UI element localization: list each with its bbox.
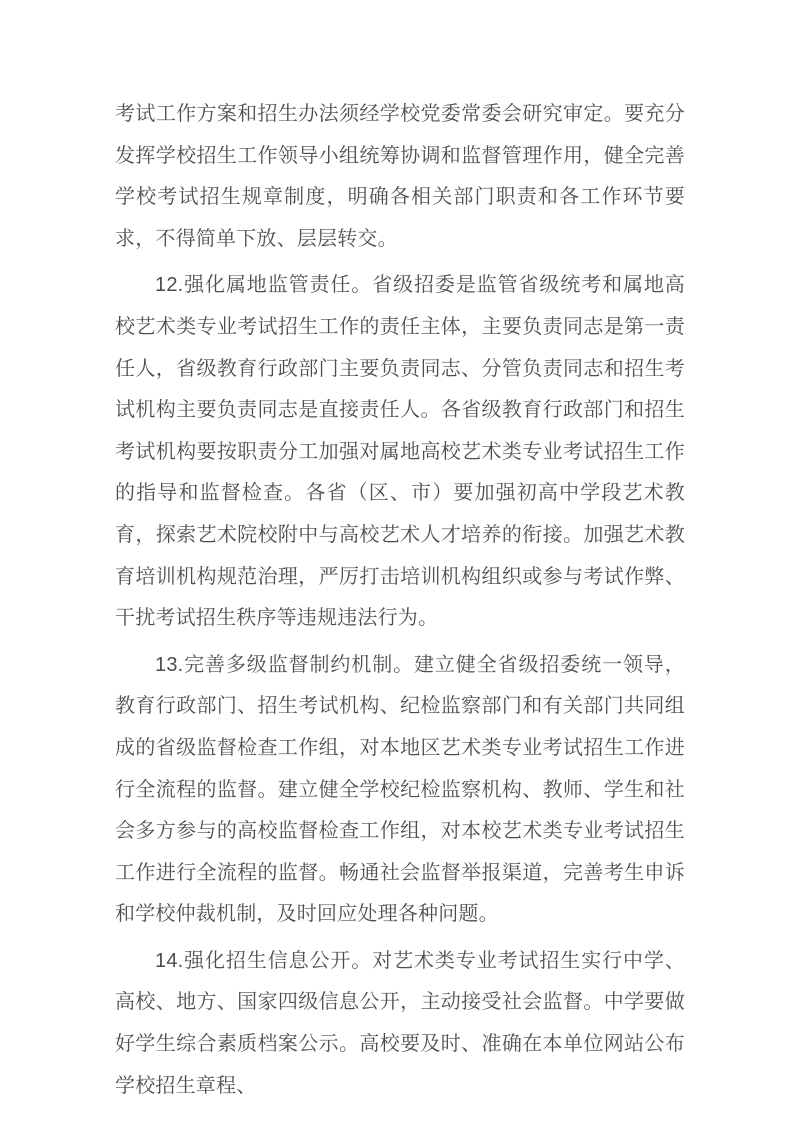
paragraph-item-12: 12.强化属地监管责任。省级招委是监管省级统考和属地高校艺术类专业考试招生工作的… xyxy=(115,265,685,639)
paragraph-item-13: 13.完善多级监督制约机制。建立健全省级招委统一领导，教育行政部门、招生考试机构… xyxy=(115,645,685,936)
paragraph-continuation: 考试工作方案和招生办法须经学校党委常委会研究审定。要充分发挥学校招生工作领导小组… xyxy=(115,94,685,260)
document-page: 考试工作方案和招生办法须经学校党委常委会研究审定。要充分发挥学校招生工作领导小组… xyxy=(0,0,793,1122)
document-text-block: 考试工作方案和招生办法须经学校党委常委会研究审定。要充分发挥学校招生工作领导小组… xyxy=(115,94,685,1112)
paragraph-item-14: 14.强化招生信息公开。对艺术类专业考试招生实行中学、高校、地方、国家四级信息公… xyxy=(115,941,685,1107)
